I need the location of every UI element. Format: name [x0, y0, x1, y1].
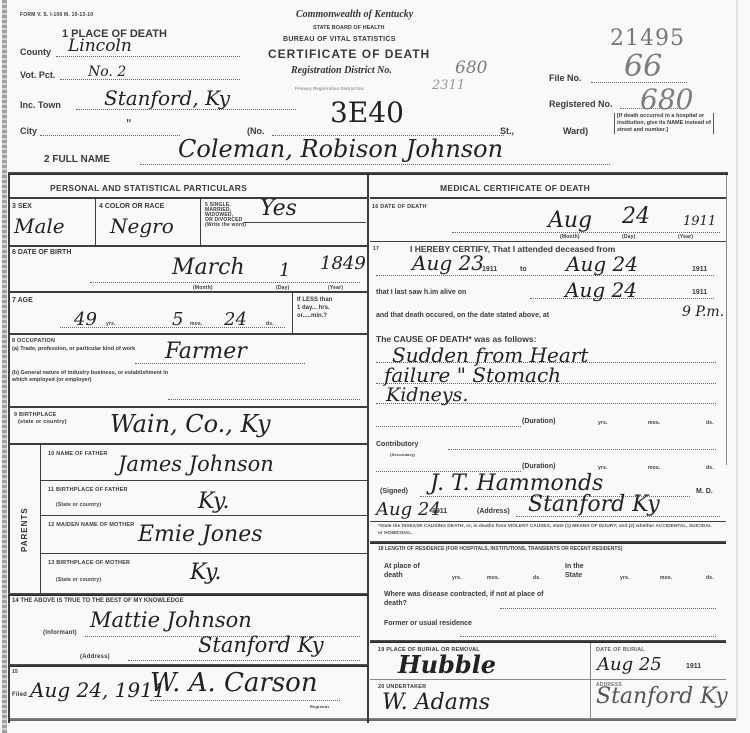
mother-name-label: 12 MAIDEN NAME OF MOTHER	[48, 522, 134, 528]
vot-pct-label: Vot. Pct.	[20, 70, 55, 80]
registered-no-value: 680	[640, 83, 693, 116]
at-place-yrs: yrs.	[452, 575, 462, 581]
signed-label: (Signed)	[380, 488, 408, 495]
father-birthplace-hint: (State or country)	[56, 502, 101, 508]
cause-footnote: *State the DISEASE CAUSING DEATH, or, in…	[378, 524, 716, 537]
in-state-yrs: yrs.	[620, 575, 630, 581]
in-state-label: In the State	[565, 562, 599, 580]
informant-heading: 14 THE ABOVE IS TRUE TO THE BEST OF MY K…	[12, 598, 184, 604]
page-right-edge	[736, 0, 738, 720]
sex-value: Male	[14, 214, 65, 238]
date-of-death-day-hint: (Day)	[622, 234, 636, 240]
board-name: STATE BOARD OF HEALTH	[313, 25, 385, 31]
date-of-death-year-hint: (Year)	[678, 234, 693, 240]
burial-place-value: Hubble	[398, 650, 496, 679]
less-than-day-label: If LESS than 1 day... hrs. or.....min.?	[297, 296, 332, 320]
duration-label-2: (Duration)	[522, 463, 555, 470]
row-divider-parents	[8, 443, 368, 445]
certificate-title: CERTIFICATE OF DEATH	[268, 47, 430, 61]
marital-value: Yes	[260, 196, 297, 221]
birthplace-hint: (state or country)	[18, 419, 67, 425]
row-divider-mother-name	[40, 515, 368, 516]
residence-heading: 18 LENGTH OF RESIDENCE (FOR HOSPITALS, I…	[378, 546, 718, 553]
father-birthplace-label: 11 BIRTHPLACE OF FATHER	[48, 487, 128, 493]
bureau-name: BUREAU OF VITAL STATISTICS	[283, 36, 396, 43]
file-no-label: File No.	[549, 73, 582, 83]
primary-district-label: Primary Registration District No.	[295, 86, 365, 91]
city-value: "	[126, 117, 132, 131]
page-binding-edge	[2, 0, 7, 733]
undertaker-address-value: Stanford Ky	[596, 684, 728, 709]
reg-district-value: 680	[455, 58, 487, 78]
duration-mos-1: mos.	[648, 420, 660, 426]
row-divider-filed	[8, 664, 368, 667]
duration-label-1: (Duration)	[522, 418, 555, 425]
death-certificate-scan: FORM V. S. I-100 M. 10-13-10 Commonwealt…	[0, 0, 750, 733]
age-label: 7 AGE	[12, 297, 33, 304]
mother-birthplace-value: Ky.	[190, 560, 222, 585]
row-divider-footnote	[370, 521, 726, 522]
duration-line-1	[376, 426, 521, 427]
last-saw-year: 1911	[692, 289, 707, 296]
informant-address-line	[128, 660, 360, 661]
burial-date-label: DATE OF BURIAL	[596, 647, 645, 653]
contributory-label: Contributory	[376, 441, 418, 448]
primary-district-value: 2311	[432, 78, 465, 93]
file-no-value: 66	[624, 49, 662, 84]
date-of-death-label: 16 DATE OF DEATH	[372, 204, 427, 210]
vot-pct-value: No. 2	[88, 64, 126, 80]
duration-mos-2: mos.	[648, 465, 660, 471]
parents-divider	[40, 445, 41, 595]
sex-race-divider	[95, 199, 96, 245]
at-place-mos: mos.	[487, 575, 499, 581]
ward-label: Ward)	[563, 126, 588, 136]
age-mos-label: mos.	[190, 321, 202, 327]
medical-heading: MEDICAL CERTIFICATE OF DEATH	[440, 183, 590, 193]
father-name-label: 10 NAME OF FATHER	[48, 451, 108, 457]
burial-date-value: Aug 25	[597, 654, 662, 675]
filed-label: Filed	[12, 692, 27, 698]
row-divider-birthplace	[8, 406, 368, 408]
in-state-ds: ds.	[706, 575, 714, 581]
cause-of-death-line-3: Kidneys.	[386, 384, 468, 406]
age-ds-label: ds.	[266, 321, 274, 327]
date-of-death-month-hint: (Month)	[560, 234, 580, 240]
date-of-death-day: 24	[622, 204, 650, 229]
row-divider-burial	[370, 640, 726, 643]
full-name-line	[140, 164, 610, 165]
row-divider-residence	[370, 541, 726, 544]
attended-from-year: 1911	[482, 266, 497, 273]
mother-birthplace-hint: (State or country)	[56, 577, 101, 583]
left-border	[8, 175, 10, 723]
county-label: County	[20, 47, 51, 57]
informant-address-label: (Address)	[80, 654, 110, 660]
to-label: to	[520, 266, 527, 273]
death-time-text: and that death occured, on the date stat…	[376, 312, 549, 319]
inc-town-label: Inc. Town	[20, 100, 61, 110]
row-divider-father-birthplace	[40, 480, 368, 481]
at-place-label: At place of death	[384, 562, 424, 580]
marital-label: 5 SINGLE, MARRIED, WIDOWED, OR DIVORCED …	[205, 203, 246, 228]
burial-year: 1911	[686, 663, 701, 670]
row-divider-mother-birthplace	[40, 553, 368, 554]
registrar-line	[150, 700, 340, 701]
burial-divider	[590, 643, 591, 719]
row-divider-age	[8, 291, 368, 293]
marital-underline	[244, 222, 366, 223]
county-line	[56, 56, 240, 57]
in-state-mos: mos.	[660, 575, 672, 581]
race-value: Negro	[110, 214, 174, 238]
md-label: M. D.	[696, 488, 713, 495]
age-months: 5	[172, 309, 183, 330]
registered-no-label: Registered No.	[549, 99, 613, 109]
certificate-stamp-number: 21495	[610, 26, 685, 51]
informant-value: Mattie Johnson	[90, 608, 252, 632]
form-code: FORM V. S. I-100 M. 10-13-10	[20, 12, 93, 18]
parents-label: PARENTS	[20, 507, 29, 552]
last-saw-value: Aug 24	[565, 278, 637, 302]
occupation-b-line	[168, 399, 360, 400]
physician-address-value: Stanford Ky	[528, 492, 660, 517]
medical-heading-divider	[370, 197, 726, 199]
column-divider	[367, 175, 369, 723]
filed-value: Aug 24, 1911	[30, 678, 166, 702]
sex-label: 3 SEX	[12, 203, 32, 210]
dob-month: March	[172, 255, 245, 280]
attended-line	[376, 275, 714, 276]
disease-contracted-label: Where was disease contracted, if not at …	[384, 590, 544, 608]
occupation-label: 8 OCCUPATION	[12, 338, 55, 344]
vot-pct-line	[60, 79, 240, 80]
age-years: 49	[74, 309, 97, 330]
street-no-value: 3E40	[330, 96, 404, 129]
former-residence-line	[460, 636, 716, 637]
age-days: 24	[224, 309, 247, 330]
birthplace-value: Wain, Co., Ky	[110, 410, 271, 438]
personal-heading-divider	[8, 197, 368, 199]
inc-town-value: Stanford, Ky	[104, 86, 230, 110]
dob-line	[90, 282, 360, 283]
father-name-value: James Johnson	[118, 452, 274, 476]
informant-label: (Informant)	[43, 630, 77, 636]
occupation-a-label: (a) Trade, profession, or particular kin…	[12, 346, 162, 353]
father-birthplace-value: Ky.	[198, 489, 230, 514]
occupation-value: Farmer	[165, 339, 247, 364]
row-divider-occupation	[8, 333, 368, 335]
row-divider-dob	[8, 245, 368, 247]
disease-contracted-line	[500, 608, 716, 609]
duration-ds-2: ds.	[706, 465, 714, 471]
duration-yrs-1: yrs.	[598, 420, 608, 426]
county-value: Lincoln	[68, 36, 132, 56]
death-time-value: 9 P.m.	[682, 304, 724, 320]
date-of-death-year: 1911	[683, 214, 716, 229]
mother-birthplace-label: 13 BIRTHPLACE OF MOTHER	[48, 560, 130, 566]
personal-heading: PERSONAL AND STATISTICAL PARTICULARS	[50, 183, 247, 193]
dob-day: 1	[279, 260, 290, 281]
occupation-b-label: (b) General nature of industry business,…	[12, 370, 172, 384]
registrar-label: Registrar	[310, 704, 329, 709]
certify-number: 17	[373, 246, 379, 252]
secondary-label: (Secondary)	[390, 452, 415, 457]
age-yrs-label: yrs.	[106, 321, 116, 327]
city-label: City	[20, 126, 37, 136]
race-label: 4 COLOR OR RACE	[99, 203, 164, 210]
dob-label: 6 DATE OF BIRTH	[12, 249, 71, 256]
hospital-note: [If death occurred in a hospital or inst…	[614, 113, 714, 134]
physician-address-label: (Address)	[477, 508, 510, 515]
race-marital-divider	[200, 199, 201, 245]
last-saw-text: that I last saw h.im alive on	[376, 289, 466, 296]
reg-district-label: Registration District No.	[291, 65, 392, 76]
bottom-border	[8, 718, 736, 721]
birthplace-label: 9 BIRTHPLACE	[14, 412, 56, 418]
informant-address-value: Stanford Ky	[198, 633, 324, 657]
former-residence-label: Former or usual residence	[384, 619, 484, 628]
age-less-divider	[292, 293, 293, 333]
row-divider-informant	[8, 593, 368, 596]
registrar-signature: W. A. Carson	[150, 668, 318, 698]
full-name-label: 2 FULL NAME	[44, 154, 110, 165]
attended-to-value: Aug 24	[566, 252, 638, 276]
right-border	[726, 175, 727, 465]
mother-name-value: Emie Jones	[138, 522, 263, 547]
undertaker-value: W. Adams	[382, 690, 490, 715]
contributory-line	[448, 449, 716, 450]
filed-number: 15	[12, 669, 18, 675]
dob-year: 1849	[320, 253, 366, 274]
signed-year: 1911	[432, 508, 447, 515]
date-of-death-month: Aug	[548, 208, 592, 233]
row-divider-certify	[370, 241, 726, 242]
attended-from-value: Aug 23	[412, 251, 484, 275]
city-line	[40, 135, 180, 136]
full-name-value: Coleman, Robison Johnson	[178, 135, 503, 163]
duration-ds-1: ds.	[706, 420, 714, 426]
attended-to-year: 1911	[692, 266, 707, 273]
at-place-ds: ds.	[533, 575, 541, 581]
row-divider-undertaker	[370, 679, 726, 680]
state-name: Commonwealth of Kentucky	[296, 9, 413, 20]
